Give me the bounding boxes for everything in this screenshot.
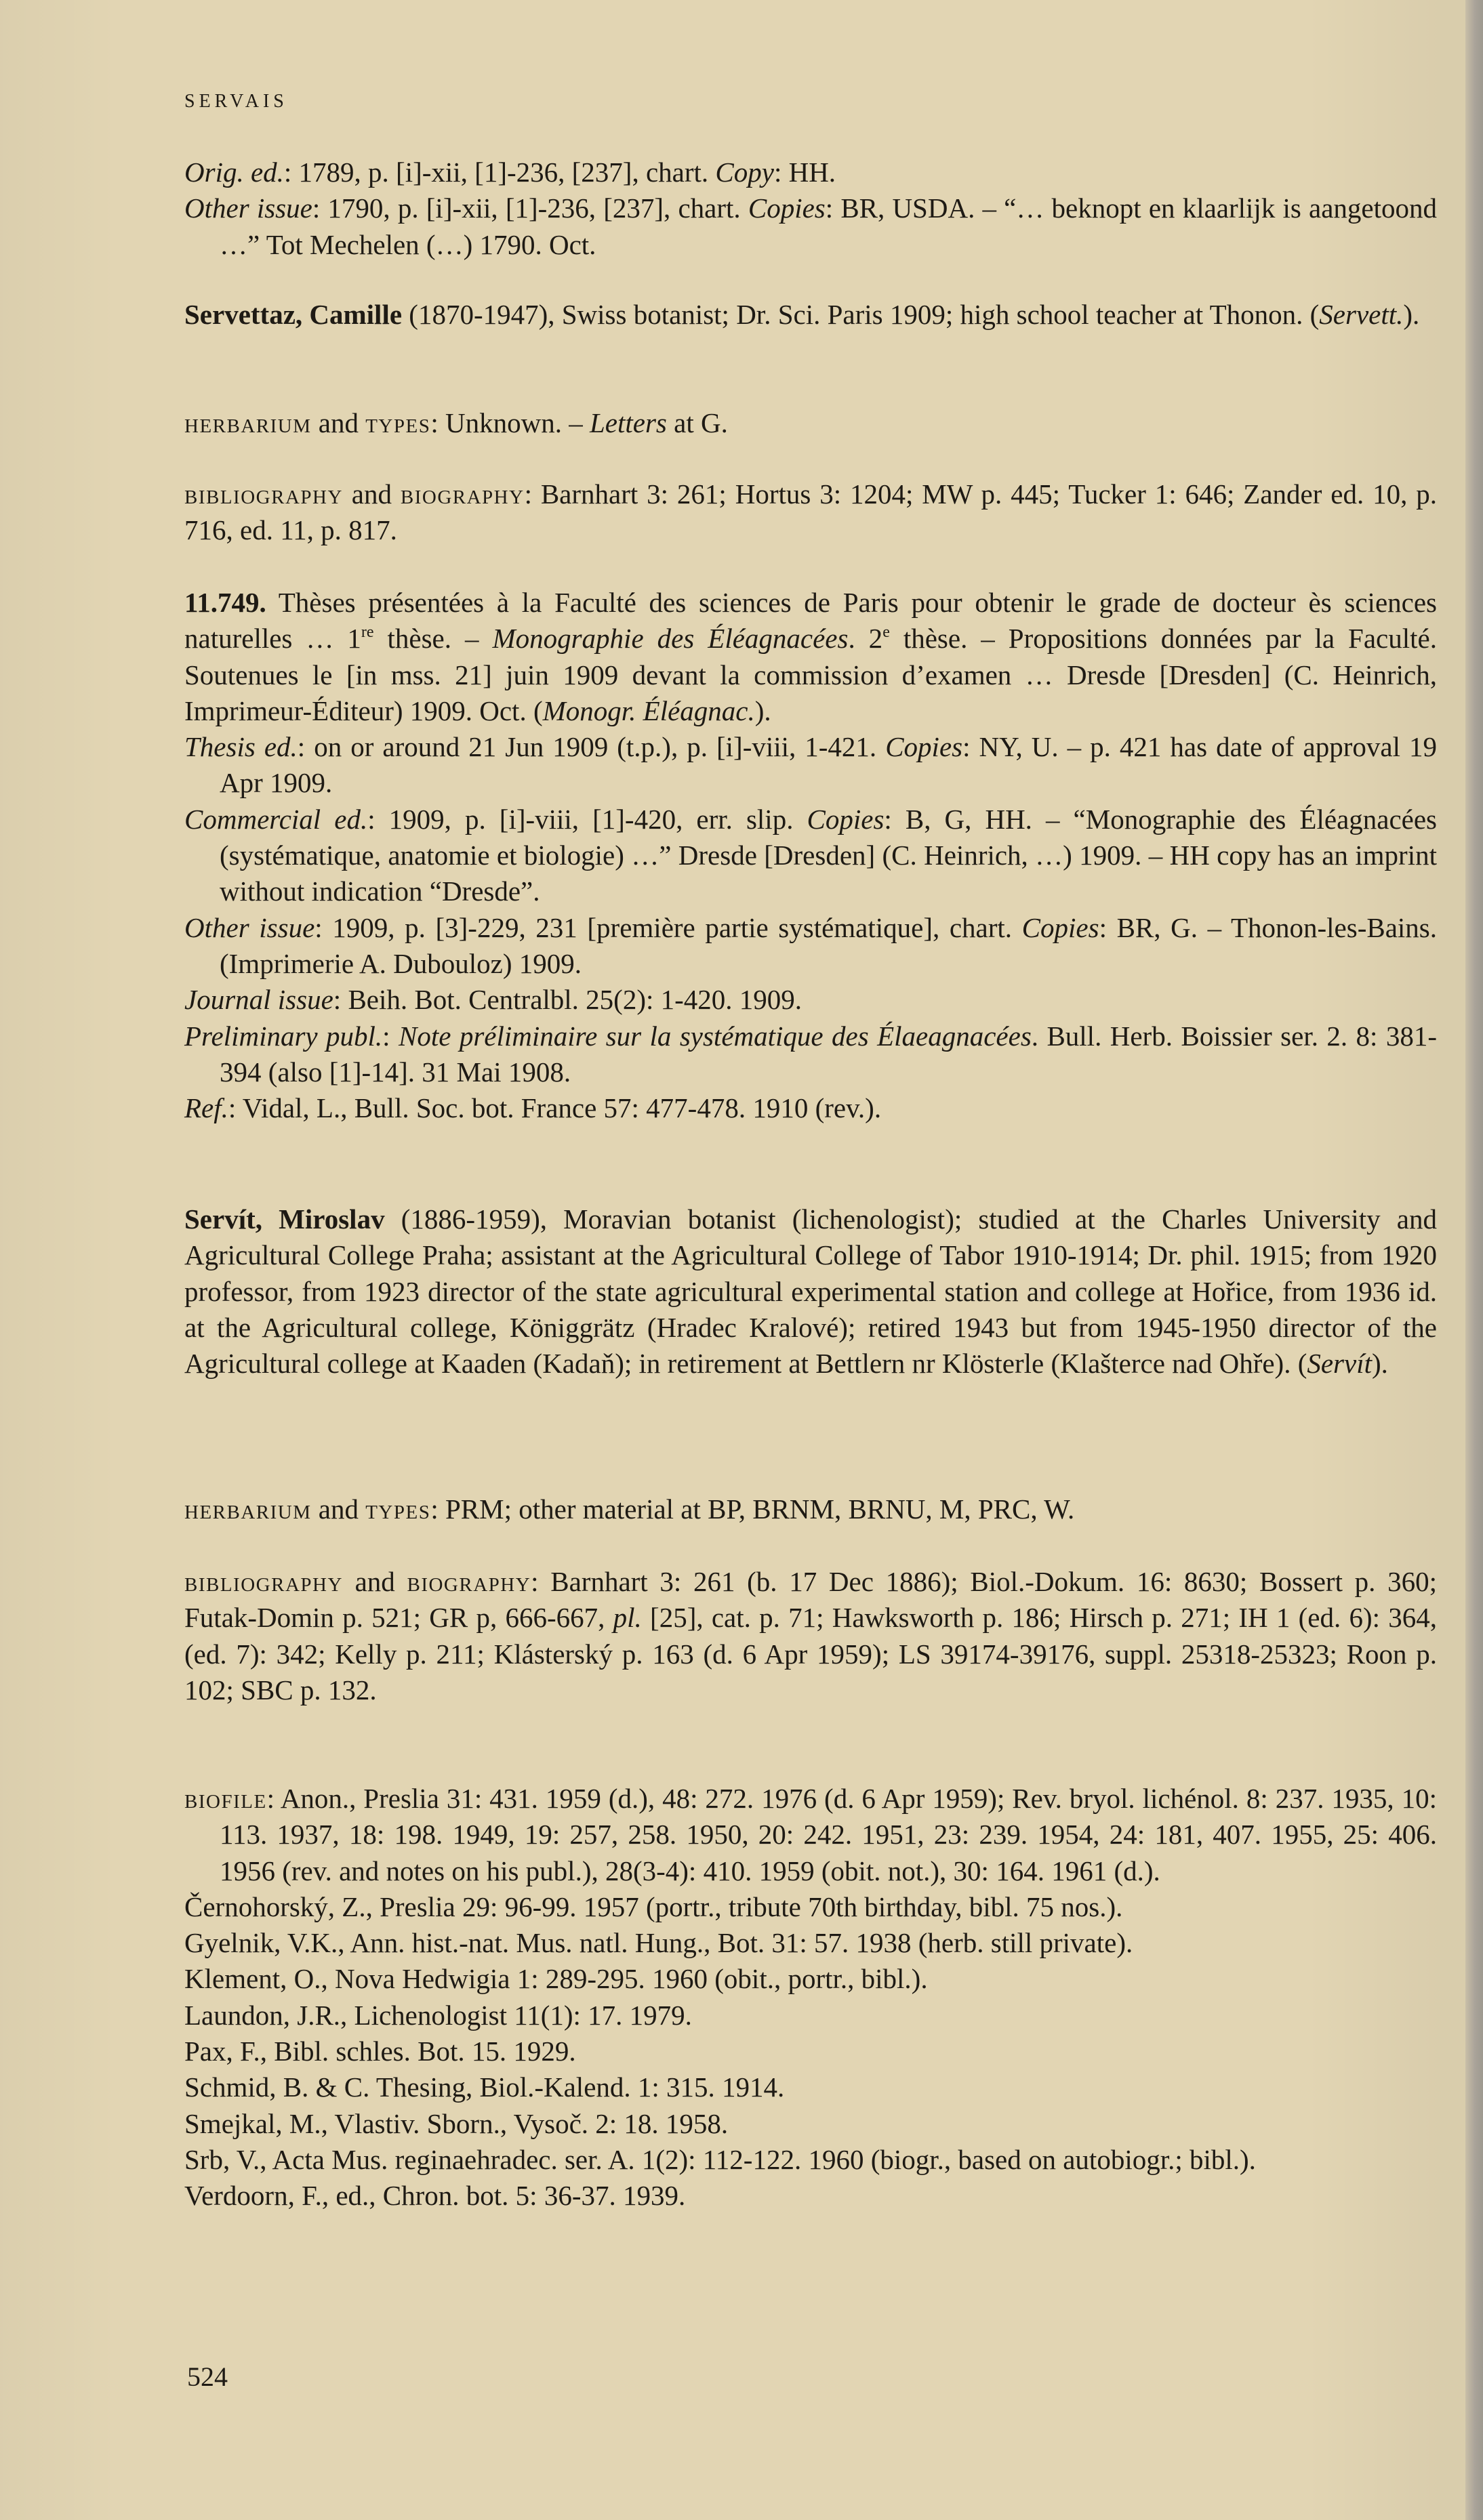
other-issue-label: Other issue xyxy=(184,192,312,224)
preliminary-publication: Preliminary publ.: Note préliminaire sur… xyxy=(184,1018,1437,1091)
biofile-item: Schmid, B. & C. Thesing, Biol.-Kalend. 1… xyxy=(184,2069,1437,2105)
page-edge-shadow xyxy=(1465,0,1483,2520)
servettaz-herbarium: herbarium and types: Unknown. – Letters … xyxy=(184,405,1437,441)
author-name: Servít, Miroslav xyxy=(184,1203,385,1235)
entry-title: 11.749. Thèses présentées à la Faculté d… xyxy=(184,585,1437,729)
page-number: 524 xyxy=(187,2361,228,2393)
biofile-item: Smejkal, M., Vlastiv. Sborn., Vysoč. 2: … xyxy=(184,2106,1437,2142)
reference: Ref.: Vidal, L., Bull. Soc. bot. France … xyxy=(184,1090,1437,1126)
edition-thesis: Thesis ed.: on or around 21 Jun 1909 (t.… xyxy=(184,729,1437,802)
servettaz-bibliography: bibliography and biography: Barnhart 3: … xyxy=(184,476,1437,549)
orig-edition: Orig. ed.: 1789, p. [i]-xii, [1]-236, [2… xyxy=(184,154,1437,190)
biofile-label: biofile xyxy=(184,1783,267,1814)
servit-bio: Servít, Miroslav (1886-1959), Moravian b… xyxy=(184,1201,1437,1382)
biofile-item: biofile: Anon., Preslia 31: 431. 1959 (d… xyxy=(184,1781,1437,1889)
servit-entry: Servít, Miroslav (1886-1959), Moravian b… xyxy=(184,1201,1437,1382)
other-issue: Other issue: 1790, p. [i]-xii, [1]-236, … xyxy=(184,190,1437,263)
biofile-item: Černohorský, Z., Preslia 29: 96-99. 1957… xyxy=(184,1889,1437,1925)
biofile-item: Srb, V., Acta Mus. reginaehradec. ser. A… xyxy=(184,2142,1437,2178)
running-head: SERVAIS xyxy=(184,91,288,112)
edition-commercial: Commercial ed.: 1909, p. [i]-viii, [1]-4… xyxy=(184,802,1437,910)
orig-label: Orig. ed. xyxy=(184,157,284,188)
edition-journal: Journal issue: Beih. Bot. Centralbl. 25(… xyxy=(184,982,1437,1018)
servettaz-bio: Servettaz, Camille (1870-1947), Swiss bo… xyxy=(184,297,1437,333)
biofile-item: Klement, O., Nova Hedwigia 1: 289-295. 1… xyxy=(184,1961,1437,1997)
servettaz-entry: Servettaz, Camille (1870-1947), Swiss bo… xyxy=(184,297,1437,333)
biofile-item: Gyelnik, V.K., Ann. hist.-nat. Mus. natl… xyxy=(184,1925,1437,1961)
biofile-item: Laundon, J.R., Lichenologist 11(1): 17. … xyxy=(184,1998,1437,2033)
edition-other-issue: Other issue: 1909, p. [3]-229, 231 [prem… xyxy=(184,910,1437,983)
servit-herbarium: herbarium and types: PRM; other material… xyxy=(184,1491,1437,1527)
entry-11749: 11.749. Thèses présentées à la Faculté d… xyxy=(184,585,1437,1126)
biofile-item: Verdoorn, F., ed., Chron. bot. 5: 36-37.… xyxy=(184,2178,1437,2214)
servit-bibliography: bibliography and biography: Barnhart 3: … xyxy=(184,1564,1437,1708)
author-name: Servettaz, Camille xyxy=(184,299,402,330)
entry-number: 11.749. xyxy=(184,587,266,618)
biofile-item: Pax, F., Bibl. schles. Bot. 15. 1929. xyxy=(184,2033,1437,2069)
servit-biofile: biofile: Anon., Preslia 31: 431. 1959 (d… xyxy=(184,1781,1437,2214)
servais-editions: Orig. ed.: 1789, p. [i]-xii, [1]-236, [2… xyxy=(184,154,1437,263)
